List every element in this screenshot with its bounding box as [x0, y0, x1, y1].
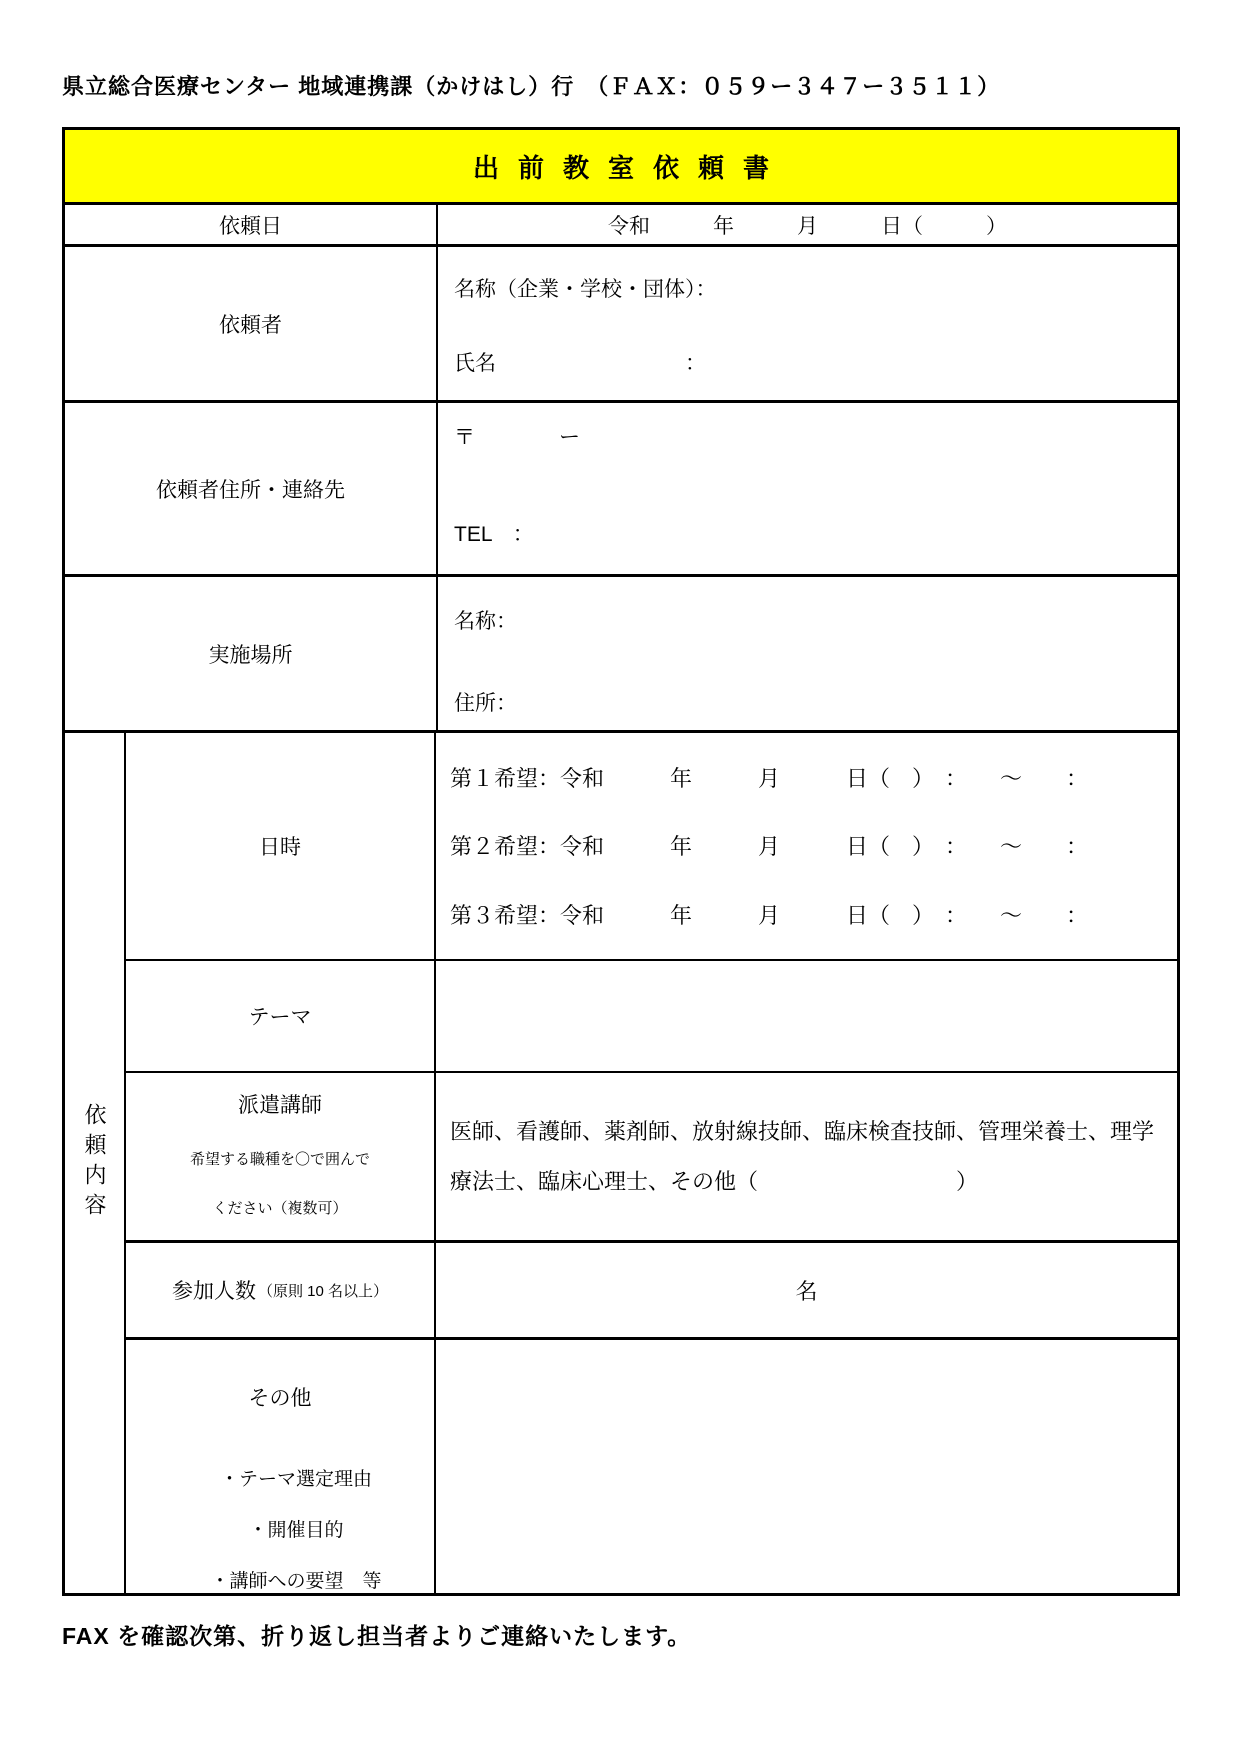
row-request-date: 依頼日 令和 年 月 日（ ） [65, 205, 1177, 247]
requester-org-line: 名称（企業・学校・団体）： [454, 273, 1177, 303]
theme-label: テーマ [126, 961, 436, 1071]
lecturer-options-text: 医師、看護師、薬剤師、放射線技師、臨床検査技師、管理栄養士、理学療法士、臨床心理… [450, 1107, 1167, 1207]
section-request-details: 依頼内容 日時 第１希望：令和 年 月 日（ ） ： ～ ： 第２希望：令和 年… [65, 733, 1177, 1593]
other-label: その他 [126, 1382, 434, 1412]
venue-content: 名称： 住所： [438, 577, 1177, 730]
datetime-choice-1: 第１希望：令和 年 月 日（ ） ： ～ ： [450, 762, 1177, 793]
form-title-row: 出前教室依頼書 [65, 130, 1177, 205]
row-requester: 依頼者 名称（企業・学校・団体）： 氏名 ： [65, 247, 1177, 403]
contact-label: 依頼者住所・連絡先 [65, 403, 438, 574]
row-lecturer: 派遣講師 希望する職種を〇で囲んで ください（複数可） 医師、看護師、薬剤師、放… [126, 1073, 1177, 1243]
form-title: 出前教室依頼書 [454, 148, 788, 185]
contact-tel-line: TEL ： [454, 518, 1177, 548]
participants-label: 参加人数 [172, 1275, 256, 1305]
other-bullet-3: ・講師への要望 等 [158, 1566, 434, 1593]
row-contact: 依頼者住所・連絡先 〒 ー TEL ： [65, 403, 1177, 577]
other-bullet-2: ・開催目的 [158, 1515, 434, 1542]
other-bullet-1: ・テーマ選定理由 [158, 1464, 434, 1491]
datetime-choice-2: 第２希望：令和 年 月 日（ ） ： ～ ： [450, 830, 1177, 861]
fax-header-line: 県立総合医療センター 地域連携課（かけはし）行 （ＦＡＸ：０５９ー３４７ー３５１… [62, 70, 1000, 101]
other-input-area [436, 1340, 1177, 1593]
participants-label-note: （原則 10 名以上） [258, 1280, 388, 1301]
request-form-table: 出前教室依頼書 依頼日 令和 年 月 日（ ） 依頼者 名称（企業・学校・団体）… [62, 127, 1180, 1596]
requester-content: 名称（企業・学校・団体）： 氏名 ： [438, 247, 1177, 400]
request-date-value: 令和 年 月 日（ ） [438, 205, 1177, 244]
row-other: その他 ・テーマ選定理由 ・開催目的 ・講師への要望 等 [126, 1340, 1177, 1593]
contact-content: 〒 ー TEL ： [438, 403, 1177, 574]
venue-name-line: 名称： [454, 605, 1177, 635]
lecturer-options: 医師、看護師、薬剤師、放射線技師、臨床検査技師、管理栄養士、理学療法士、臨床心理… [436, 1073, 1177, 1240]
request-date-label: 依頼日 [65, 205, 438, 244]
request-details-vertical-label-cell: 依頼内容 [65, 733, 126, 1593]
theme-input-area [436, 961, 1177, 1071]
page: 県立総合医療センター 地域連携課（かけはし）行 （ＦＡＸ：０５９ー３４７ー３５１… [0, 0, 1241, 1755]
lecturer-label-cell: 派遣講師 希望する職種を〇で囲んで ください（複数可） [126, 1073, 436, 1240]
participants-label-cell: 参加人数 （原則 10 名以上） [126, 1243, 436, 1337]
row-datetime: 日時 第１希望：令和 年 月 日（ ） ： ～ ： 第２希望：令和 年 月 日（… [126, 733, 1177, 961]
request-details-vertical-label: 依頼内容 [79, 1103, 110, 1223]
datetime-content: 第１希望：令和 年 月 日（ ） ： ～ ： 第２希望：令和 年 月 日（ ） … [436, 733, 1177, 959]
footer-note: FAX を確認次第、折り返し担当者よりご連絡いたします。 [62, 1618, 691, 1651]
lecturer-label: 派遣講師 [238, 1089, 322, 1119]
datetime-choice-3: 第３希望：令和 年 月 日（ ） ： ～ ： [450, 899, 1177, 930]
venue-address-line: 住所： [454, 687, 1177, 717]
other-label-cell: その他 ・テーマ選定理由 ・開催目的 ・講師への要望 等 [126, 1340, 436, 1593]
venue-label: 実施場所 [65, 577, 438, 730]
participants-value: 名 [436, 1243, 1177, 1337]
lecturer-note-2: ください（複数可） [212, 1197, 347, 1218]
other-bullets: ・テーマ選定理由 ・開催目的 ・講師への要望 等 [126, 1464, 434, 1593]
requester-name-line: 氏名 ： [454, 347, 1177, 377]
contact-postal-line: 〒 ー [454, 421, 1177, 451]
row-participants: 参加人数 （原則 10 名以上） 名 [126, 1243, 1177, 1340]
requester-label: 依頼者 [65, 247, 438, 400]
row-theme: テーマ [126, 961, 1177, 1073]
lecturer-note-1: 希望する職種を〇で囲んで [190, 1148, 370, 1169]
request-details-rows: 日時 第１希望：令和 年 月 日（ ） ： ～ ： 第２希望：令和 年 月 日（… [126, 733, 1177, 1593]
datetime-label: 日時 [126, 733, 436, 959]
row-venue: 実施場所 名称： 住所： [65, 577, 1177, 733]
